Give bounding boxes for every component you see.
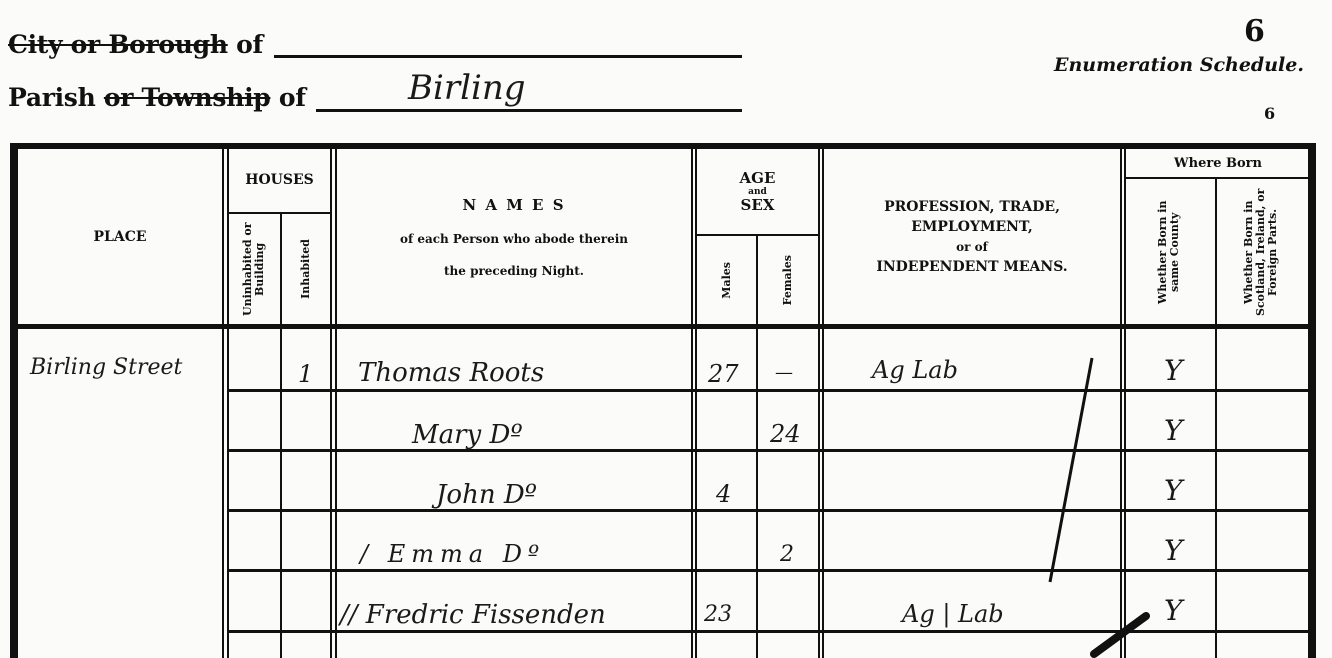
col-sep-place (222, 146, 224, 658)
same-county-cell: Y (1164, 594, 1182, 627)
city-borough-line: City or Borough of (8, 30, 263, 59)
same-county-cell: Y (1164, 474, 1182, 507)
profession-cell: Ag Lab (872, 356, 958, 384)
names-subtitle-1: of each Person who abode therein (400, 232, 628, 246)
table-left-border (10, 143, 18, 658)
male-age-cell: 4 (716, 480, 731, 508)
names-subtitle-2: the preceding Night. (444, 264, 584, 278)
col-sep-names (330, 146, 332, 658)
row-line-1 (229, 389, 1310, 392)
name-cell: John Dº (436, 480, 537, 510)
col-sep-born (1120, 146, 1122, 658)
row-line-2 (229, 449, 1310, 452)
header-born-elsewhere: Whether Born in Scotland, Ireland, or Fo… (1217, 179, 1308, 324)
schedule-title: Enumeration Schedule. (1054, 54, 1304, 76)
header-place: PLACE (18, 149, 222, 324)
schedule-mark: 6 (1264, 104, 1275, 123)
male-age-cell: 27 (708, 360, 739, 388)
header-houses-uninhabited: Uninhabited or Building (229, 214, 280, 324)
city-value-rule (274, 55, 742, 58)
township-struck-label: or Township (104, 83, 271, 112)
parish-value: Birling (408, 68, 526, 108)
table-right-border (1308, 143, 1316, 658)
profession-line-2: EMPLOYMENT, (911, 217, 1032, 237)
female-age-cell: — (775, 362, 793, 383)
header-age-sex: AGE and SEX (697, 152, 818, 232)
same-county-cell: Y (1164, 414, 1182, 447)
profession-cell: Ag | Lab (902, 600, 1004, 628)
header-names: N A M E S of each Person who abode there… (337, 149, 691, 324)
males-label: Males (721, 262, 733, 299)
city-borough-label: City or Borough (8, 30, 228, 59)
header-females: Females (758, 236, 818, 324)
profession-line-3: or of (956, 237, 988, 257)
header-born-same-county: Whether Born in same County (1126, 179, 1215, 324)
uninhabited-label: Uninhabited or Building (242, 214, 268, 324)
names-title: N A M E S (462, 196, 565, 214)
header-where-born: Where Born (1126, 149, 1310, 177)
col-sep-age (691, 146, 693, 658)
name-cell: Mary Dº (412, 420, 523, 450)
female-age-cell: 2 (780, 542, 794, 567)
header-males: Males (697, 236, 756, 324)
header-profession: PROFESSION, TRADE, EMPLOYMENT, or of IND… (824, 149, 1120, 324)
row-line-3 (229, 509, 1310, 512)
profession-line-4: INDEPENDENT MEANS. (876, 257, 1067, 277)
females-label: Females (782, 255, 794, 305)
same-county-cell: Y (1164, 534, 1182, 567)
parish-value-rule (316, 109, 742, 112)
inhabited-label: Inhabited (300, 239, 312, 299)
place-cell: Birling Street (30, 355, 182, 380)
age-sex: SEX (741, 197, 775, 214)
row-line-4 (229, 569, 1310, 572)
profession-line-1: PROFESSION, TRADE, (884, 197, 1060, 217)
parish-line: Parish or Township of (8, 83, 306, 112)
name-cell: Thomas Roots (358, 358, 544, 388)
born-same-county-label: Whether Born in same County (1157, 187, 1185, 317)
same-county-cell: Y (1164, 354, 1182, 387)
male-age-cell: 23 (704, 602, 732, 627)
born-elsewhere-label: Whether Born in Scotland, Ireland, or Fo… (1243, 187, 1283, 317)
slash-mark (1090, 610, 1150, 658)
name-cell: // Fredric Fissenden (340, 600, 606, 630)
schedule-number: 6 (1244, 14, 1265, 49)
female-age-cell: 24 (770, 420, 801, 448)
parish-label: Parish (8, 83, 95, 112)
inhabited-cell: 1 (298, 360, 313, 388)
col-sep-profession (818, 146, 820, 658)
header-houses-inhabited: Inhabited (282, 214, 330, 324)
header-houses: HOUSES (229, 160, 330, 200)
age-title: AGE (740, 170, 776, 187)
name-cell: / Emma Dº (360, 540, 545, 568)
parish-of-label: of (279, 83, 306, 112)
city-of-label: of (236, 30, 263, 59)
ditto-stroke-mark (1040, 350, 1100, 590)
